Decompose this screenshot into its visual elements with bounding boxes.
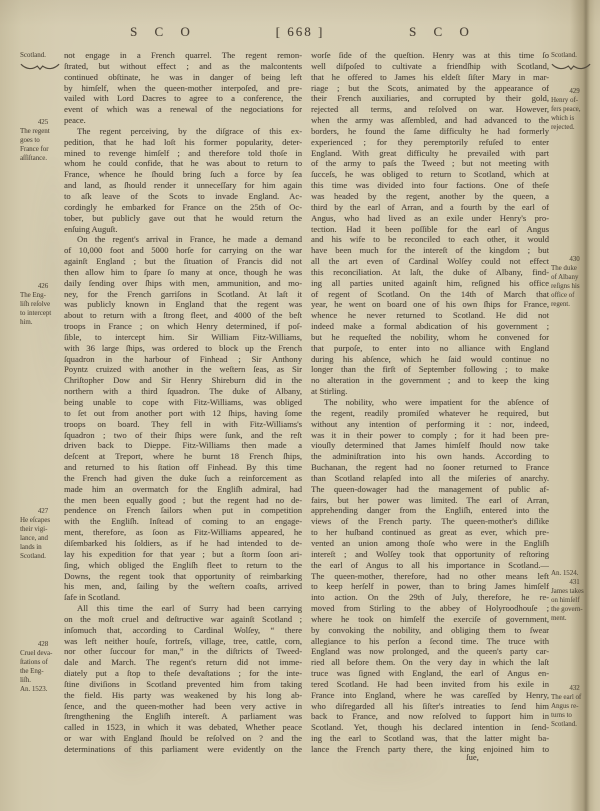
margin-note-scotland-right: Scotland. xyxy=(551,52,598,71)
text-line: with the Engliſh. Inſtead of coming to a… xyxy=(64,516,302,527)
text-line: apprehending danger from the Engliſh, en… xyxy=(311,505,549,516)
margin-note-line: James takes xyxy=(551,588,598,597)
text-line: Angus, who had lived as an exile under H… xyxy=(311,213,549,224)
text-line: cordingly he embarked for France on the … xyxy=(64,202,302,213)
margin-note-line: the govern- xyxy=(551,606,598,615)
text-line: then allow him to ſpare ſo many at once,… xyxy=(64,267,302,278)
margin-note-line: liſh. xyxy=(20,677,66,686)
text-line: intereſt ; and Wolſey took that opportun… xyxy=(311,549,549,560)
margin-note-line: 425 xyxy=(20,119,66,128)
margin-note-line: An. 1524. xyxy=(551,570,598,579)
text-line: called in 1523, in which it was debated,… xyxy=(64,722,302,733)
text-line: of 10,000 foot and 5000 horſe for carryi… xyxy=(64,245,302,256)
margin-note-line: 432 xyxy=(551,685,598,694)
text-line: than Scotland relapſed into all the miſe… xyxy=(311,473,549,484)
text-line: this time was divided into four factions… xyxy=(311,180,549,191)
margin-note-line: their vigi- xyxy=(20,526,66,535)
margin-note-line: rejected. xyxy=(551,124,598,133)
text-line: tered Scotland. He had been invited from… xyxy=(311,679,549,690)
text-line: by himſelf, when the queen-mother interp… xyxy=(64,83,302,94)
margin-note-line: ſtations of xyxy=(20,659,66,668)
margin-note-scotland-left: Scotland. xyxy=(20,52,66,71)
text-line: pendence on French ſailors when put in c… xyxy=(64,505,302,516)
text-line: northern with a third ſquadron. The duke… xyxy=(64,386,302,397)
text-line: the earl of Angus to all his importance … xyxy=(311,560,549,571)
right-column: worſe ſide of the queſtion. Henry was at… xyxy=(311,50,549,755)
text-line: ſtrated, but without effect ; and as the… xyxy=(64,61,302,72)
text-line: France, whence he ſhould bring ſuch a fo… xyxy=(64,169,302,180)
text-line: into action. On the 29th of July, theref… xyxy=(311,592,549,603)
text-line: ing all parties united againſt him, reſi… xyxy=(311,278,549,289)
text-line: pedition, that he had loſt his former po… xyxy=(64,137,302,148)
text-line: ney, for the French garriſons in Scotlan… xyxy=(64,289,302,300)
margin-note-line: aſſiſtance. xyxy=(20,155,66,164)
text-line: enſuing Auguſt. xyxy=(64,224,302,235)
text-line: of regent of Scotland. On the 14th of Ma… xyxy=(311,289,549,300)
margin-note-line: 429 xyxy=(551,88,598,97)
text-line: riage ; but the Scots, animated by the a… xyxy=(311,83,549,94)
text-line: on the moſt cruel and deſtructive war ag… xyxy=(64,614,302,625)
text-line: France into England, where he was careſſ… xyxy=(311,690,549,701)
text-line: their French auxiliaries, and corrupted … xyxy=(311,93,549,104)
margin-note-425: 425The regentgoes toFrance foraſſiſtance… xyxy=(20,119,66,164)
margin-note-line: An. 1523. xyxy=(20,686,66,695)
text-line: was publicly known in England that the r… xyxy=(64,299,302,310)
text-line: deſcent at Treport, where he burnt 18 Fr… xyxy=(64,451,302,462)
margin-note-line: of Albany xyxy=(551,274,598,283)
text-line: ſing, which obliged the Engliſh fleet to… xyxy=(64,560,302,571)
text-line: whence he never returned to Scotland. He… xyxy=(311,310,549,321)
margin-note-line: France for xyxy=(20,146,66,155)
text-line: by convoking the nobility, and obliging … xyxy=(311,625,549,636)
text-line: whom he could confide, that he was about… xyxy=(64,158,302,169)
text-line: at Stirling. xyxy=(311,386,549,397)
margin-note-line: 430 xyxy=(551,256,598,265)
margin-note-line: The regent xyxy=(20,128,66,137)
margin-note-429: 429Henry of-fers peace,which isrejected. xyxy=(551,88,598,133)
text-line: all the art even of Cardinal Wolſey coul… xyxy=(311,256,549,267)
text-line: made him an overmatch for the Engliſh ad… xyxy=(64,484,302,495)
text-line: driven back to Dieppe. Fitz-Williams the… xyxy=(64,440,302,451)
margin-note-line: Scotland. xyxy=(20,52,66,61)
margin-note-427: 427He eſcapestheir vigi-lance, andlands … xyxy=(20,508,66,561)
text-line: who diſregarded all his ſiſter's intreat… xyxy=(311,701,549,712)
text-line: the men been equally good ; but the rege… xyxy=(64,495,302,506)
margin-note-line: ment. xyxy=(551,615,598,624)
text-line: to ſet out from another port with 12 ſhi… xyxy=(64,408,302,419)
text-line: dale and March. The regent's return did … xyxy=(64,657,302,668)
text-line: Poyntz cruized with another in the weſte… xyxy=(64,364,302,375)
text-line: againſt England ; but the ſituation of F… xyxy=(64,256,302,267)
text-line: tober, but publicly gave out that he wou… xyxy=(64,213,302,224)
text-line: ſtrengthening the Engliſh intereſt. A pa… xyxy=(64,711,302,722)
text-line: tection. Had it been poſſible for the ea… xyxy=(311,224,549,235)
text-line: moved from Stirling to the abbey of Holy… xyxy=(311,603,549,614)
margin-note-line: Scotland. xyxy=(551,721,598,730)
swash-ornament xyxy=(551,62,591,71)
text-line: inſomuch that, according to Cardinal Wol… xyxy=(64,625,302,636)
text-line: determinations of this parliament were e… xyxy=(64,744,302,755)
left-column: not engage in a French quarrel. The rege… xyxy=(64,50,302,755)
text-line: Downs, the regent took that opportunity … xyxy=(64,571,302,582)
text-line: ſible, to intercept him. Sir William Fit… xyxy=(64,332,302,343)
margin-note-line: Henry of- xyxy=(551,97,598,106)
text-line: the French had given the duke ſuch a rei… xyxy=(64,473,302,484)
text-line: the adminiſtration into his own hands. A… xyxy=(311,451,549,462)
text-line: was it in their power to comply ; for it… xyxy=(311,430,549,441)
text-line: diſembarked his ſoldiers, as if he had i… xyxy=(64,538,302,549)
text-line: that he offered to James his eldeſt ſiſt… xyxy=(311,72,549,83)
text-line: and land, as ſhould render it unneceſſar… xyxy=(64,180,302,191)
text-line: this reconciliation. At laſt, the duke o… xyxy=(311,267,549,278)
text-line: when the army was aſſembled, and had adv… xyxy=(311,115,549,126)
text-line: Scotland. Yet, though his declared inten… xyxy=(311,722,549,733)
text-line: his men, and, ſailing by the weſtern coa… xyxy=(64,581,302,592)
text-line: On the regent's arrival in France, he ma… xyxy=(64,234,302,245)
page-number: [ 668 ] xyxy=(0,24,600,40)
text-line: ried all before them. On the very day in… xyxy=(311,657,549,668)
margin-note-line: liſh reſolve xyxy=(20,301,66,310)
margin-note-line: The Eng- xyxy=(20,292,66,301)
margin-note-line: office of xyxy=(551,292,598,301)
text-line: troops on board. They fell in with Fitz-… xyxy=(64,419,302,430)
margin-note-line: to intercept xyxy=(20,310,66,319)
text-line: The queen-dowager had the management of … xyxy=(311,484,549,495)
text-line: the field. His party was weakened by his… xyxy=(64,690,302,701)
margin-note-line: which is xyxy=(551,115,598,124)
text-line: and his wife to be reconciled to each ot… xyxy=(311,234,549,245)
text-line: without any intention of performing it :… xyxy=(311,419,549,430)
margin-note-line: Scotland. xyxy=(20,553,66,562)
text-line: ment, therefore, as ſoon as Fitz-William… xyxy=(64,527,302,538)
margin-note-line: turns to xyxy=(551,712,598,721)
margin-note-line: Scotland. xyxy=(551,52,598,61)
margin-note-line: reſigns his xyxy=(551,283,598,292)
text-line: daily ſending over ſhips with men, ammun… xyxy=(64,278,302,289)
text-line: to aſk leave of the Scots to invade Engl… xyxy=(64,191,302,202)
text-line: ing the earl to Scotland was, that the l… xyxy=(311,733,549,744)
text-line: Buchanan, the regent had no ſooner retur… xyxy=(311,462,549,473)
text-line: The queen-mother, therefore, had no othe… xyxy=(311,571,549,582)
text-line: event of which was a renewal of the nego… xyxy=(64,104,302,115)
text-line: ſence, and the queen-mother had been ver… xyxy=(64,701,302,712)
margin-note-line: 428 xyxy=(20,641,66,650)
text-line: vented an union among thoſe who were in … xyxy=(311,538,549,549)
margin-note-line: The duke xyxy=(551,265,598,274)
text-line: rejected all terms, and reſolved on war.… xyxy=(311,104,549,115)
margin-note-line: Cruel deva- xyxy=(20,650,66,659)
margin-note-line: The earl of xyxy=(551,694,598,703)
text-line: ſquadron in the harbour of Finhead ; Sir… xyxy=(64,354,302,365)
text-line: the regent, readily promiſed whatever he… xyxy=(311,408,549,419)
margin-note-line: regent. xyxy=(551,301,598,310)
text-line: no alteration in the government ; and to… xyxy=(311,375,549,386)
text-line: lance the French party there, the king e… xyxy=(311,744,549,755)
text-line: England. With great difficulty he prevai… xyxy=(311,148,549,159)
book-page: S C O [ 668 ] S C O not engage in a Fren… xyxy=(0,0,600,811)
text-line: ſafe in Scotland. xyxy=(64,592,302,603)
text-line: lay his expedition for that year ; but a… xyxy=(64,549,302,560)
margin-note-line: Angus re- xyxy=(551,703,598,712)
margin-note-line: 427 xyxy=(20,508,66,517)
text-line: about to return with a ſtrong fleet, and… xyxy=(64,310,302,321)
margin-note-line: on himſelf xyxy=(551,597,598,606)
margin-note-line: 426 xyxy=(20,283,66,292)
text-line: troops in France ; on which Henry determ… xyxy=(64,321,302,332)
text-line: not engage in a French quarrel. The rege… xyxy=(64,50,302,61)
text-line: worſe ſide of the queſtion. Henry was at… xyxy=(311,50,549,61)
text-line: viouſly determined that James himſelf ſh… xyxy=(311,440,549,451)
text-line: back to France, and now reſolved to ſupp… xyxy=(311,711,549,722)
text-line: have been much for the intereſt of the k… xyxy=(311,245,549,256)
margin-note-428: 428Cruel deva-ſtations ofthe Eng-liſh.An… xyxy=(20,641,66,694)
margin-note-line: goes to xyxy=(20,137,66,146)
text-line: truce was ſigned with England, the earl … xyxy=(311,668,549,679)
margin-note-line: 431 xyxy=(551,579,598,588)
text-line: that purpoſe, to enter into no alliance … xyxy=(311,343,549,354)
margin-note-430: 430The dukeof Albanyreſigns hisoffice of… xyxy=(551,256,598,309)
text-line: to her huſband continued as great as eve… xyxy=(311,527,549,538)
text-line: with 36 large ſhips, was ordered to bloc… xyxy=(64,343,302,354)
text-line: fairs, but her power was limited. The ea… xyxy=(311,495,549,506)
text-line: where he took on himſelf the exerciſe of… xyxy=(311,614,549,625)
text-line: allegiance to his perſon a ſecond time. … xyxy=(311,636,549,647)
text-line: ſquadron ; two of their ſhips were ſunk,… xyxy=(64,430,302,441)
text-line: mined to revenge himſelf ; and therefore… xyxy=(64,148,302,159)
margin-note-432: 432The earl ofAngus re-turns toScotland. xyxy=(551,685,598,730)
margin-note-line: lance, and xyxy=(20,535,66,544)
text-line: diately put a ſtop to theſe devaſtations… xyxy=(64,668,302,679)
text-line: ſtine diviſions in Scotland prevented hi… xyxy=(64,679,302,690)
catchword: ſue, xyxy=(445,752,500,762)
margin-note-line: fers peace, xyxy=(551,106,598,115)
margin-note-line: lands in xyxy=(20,544,66,553)
text-line: ſucceſs, he was obliged to return to Sco… xyxy=(311,169,549,180)
text-line: was headed by the regent, another by the… xyxy=(311,191,549,202)
text-line: to keep herſelf in power, than to bring … xyxy=(311,581,549,592)
text-line: year, he went on board one of his own ſh… xyxy=(311,299,549,310)
text-line: borders, he found the ſame difficulty he… xyxy=(311,126,549,137)
text-line: during his abſence, which he ſaid would … xyxy=(311,354,549,365)
text-line: England was now prolonged, and the queen… xyxy=(311,646,549,657)
text-line: views of the French party. The queen-mot… xyxy=(311,516,549,527)
text-line: nor other ſuccour for man,” in the diſtr… xyxy=(64,646,302,657)
text-line: or war with England ſhould be reſolved o… xyxy=(64,733,302,744)
text-line: peace. xyxy=(64,115,302,126)
text-line: vailed with Lord Dacres to agree to a co… xyxy=(64,93,302,104)
text-line: and returned to his ſtation off Finhead.… xyxy=(64,462,302,473)
text-line: continued obſtinate, he was in danger of… xyxy=(64,72,302,83)
text-line: of the army to paſs the Tweed ; but not … xyxy=(311,158,549,169)
margin-note-line: He eſcapes xyxy=(20,517,66,526)
text-line: indeed make a formal abdication of his g… xyxy=(311,321,549,332)
margin-note-line: the Eng- xyxy=(20,668,66,677)
margin-note-line: him. xyxy=(20,319,66,328)
text-line: The regent perceiving, by the diſgrace o… xyxy=(64,126,302,137)
text-line: All this time the earl of Surry had been… xyxy=(64,603,302,614)
swash-ornament xyxy=(20,62,60,71)
text-line: being unable to cope with Fitz-Williams,… xyxy=(64,397,302,408)
margin-note-431: An. 1524.431James takeson himſelfthe gov… xyxy=(551,570,598,623)
text-line: longer than the firſt of September follo… xyxy=(311,364,549,375)
margin-note-426: 426The Eng-liſh reſolveto intercepthim. xyxy=(20,283,66,328)
text-line: The nobility, who were impatient for the… xyxy=(311,397,549,408)
text-line: was left neither houſe, fortreſs, villag… xyxy=(64,636,302,647)
text-line: Chriſtopher Dow and Sir Henry Shireburn … xyxy=(64,375,302,386)
running-title-right: S C O xyxy=(409,24,476,40)
text-line: experienced ; for they peremptorily refu… xyxy=(311,137,549,148)
text-line: well diſpoſed to cultivate a friendſhip … xyxy=(311,61,549,72)
text-line: third by the earl of Arran, and a fourth… xyxy=(311,202,549,213)
text-line: but he requeſted the nobility, whom he c… xyxy=(311,332,549,343)
